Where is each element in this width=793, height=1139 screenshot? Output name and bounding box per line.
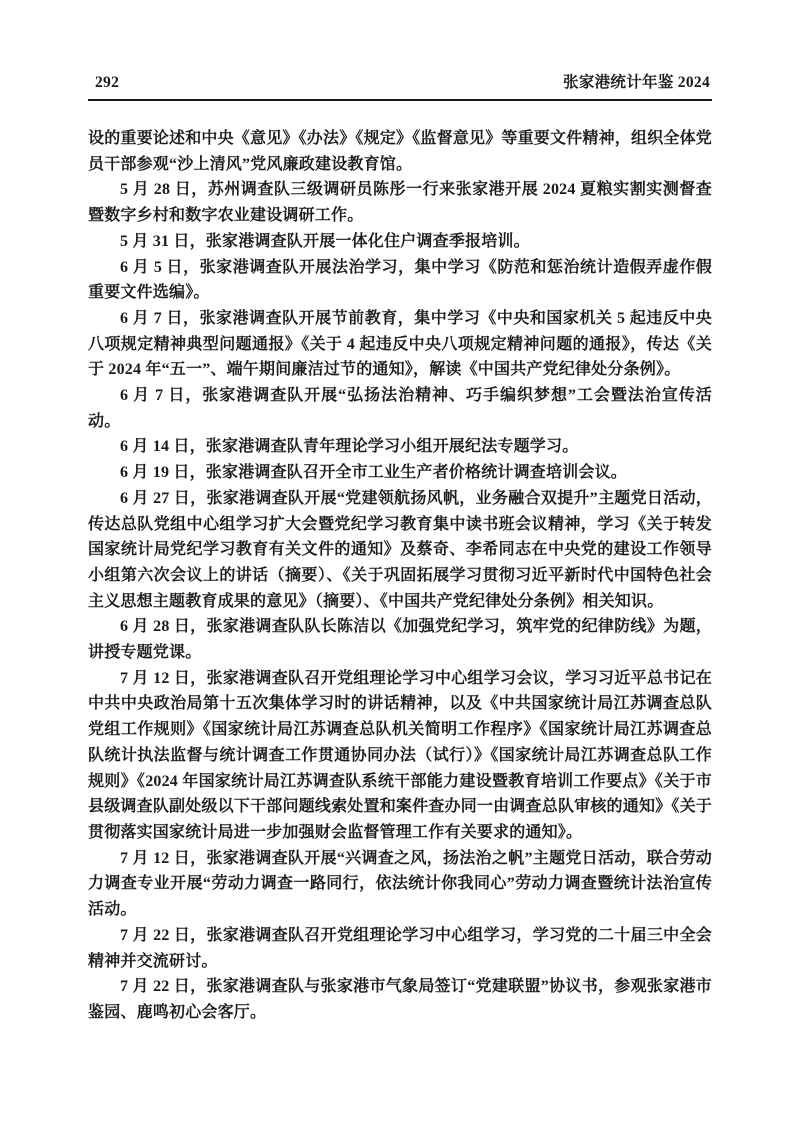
yearbook-page: 292 张家港统计年鉴 2024 设的重要论述和中央《意见》《办法》《规定》《监… bbox=[0, 0, 793, 1139]
page-number: 292 bbox=[95, 74, 119, 92]
chronicle-paragraph: 7 月 22 日，张家港调查队召开党组理论学习中心组学习，学习党的二十届三中全会… bbox=[88, 923, 712, 974]
chronicle-paragraph: 7 月 22 日，张家港调查队与张家港市气象局签订“党建联盟”协议书，参观张家港… bbox=[88, 974, 712, 1025]
chronicle-paragraph: 6 月 7 日，张家港调查队开展节前教育，集中学习《中央和国家机关 5 起违反中… bbox=[88, 306, 712, 383]
chronicle-paragraph: 6 月 7 日，张家港调查队开展“弘扬法治精神、巧手编织梦想”工会暨法治宣传活动… bbox=[88, 383, 712, 434]
header-divider bbox=[88, 99, 712, 101]
chronicle-paragraph: 7 月 12 日，张家港调查队开展“兴调查之风，扬法治之帆”主题党日活动，联合劳… bbox=[88, 846, 712, 923]
chronicle-paragraph: 6 月 5 日，张家港调查队开展法治学习，集中学习《防范和惩治统计造假弄虚作假重… bbox=[88, 255, 712, 306]
header-title: 张家港统计年鉴 2024 bbox=[563, 70, 710, 92]
chronicle-paragraph: 6 月 27 日，张家港调查队开展“党建领航扬风帆，业务融合双提升”主题党日活动… bbox=[88, 486, 712, 615]
chronicle-paragraph: 5 月 31 日，张家港调查队开展一体化住户调查季报培训。 bbox=[88, 229, 712, 255]
chronicle-paragraph: 6 月 19 日，张家港调查队召开全市工业生产者价格统计调查培训会议。 bbox=[88, 460, 712, 486]
chronicle-paragraph: 6 月 14 日，张家港调查队青年理论学习小组开展纪法专题学习。 bbox=[88, 434, 712, 460]
chronicle-content: 设的重要论述和中央《意见》《办法》《规定》《监督意见》等重要文件精神，组织全体党… bbox=[88, 126, 712, 1026]
chronicle-paragraph: 6 月 28 日，张家港调查队队长陈洁以《加强党纪学习，筑牢党的纪律防线》为题，… bbox=[88, 614, 712, 665]
chronicle-paragraph: 设的重要论述和中央《意见》《办法》《规定》《监督意见》等重要文件精神，组织全体党… bbox=[88, 126, 712, 177]
chronicle-paragraph: 7 月 12 日，张家港调查队召开党组理论学习中心组学习会议，学习习近平总书记在… bbox=[88, 666, 712, 846]
page-header: 292 张家港统计年鉴 2024 bbox=[88, 70, 712, 92]
chronicle-paragraph: 5 月 28 日，苏州调查队三级调研员陈彤一行来张家港开展 2024 夏粮实割实… bbox=[88, 177, 712, 228]
